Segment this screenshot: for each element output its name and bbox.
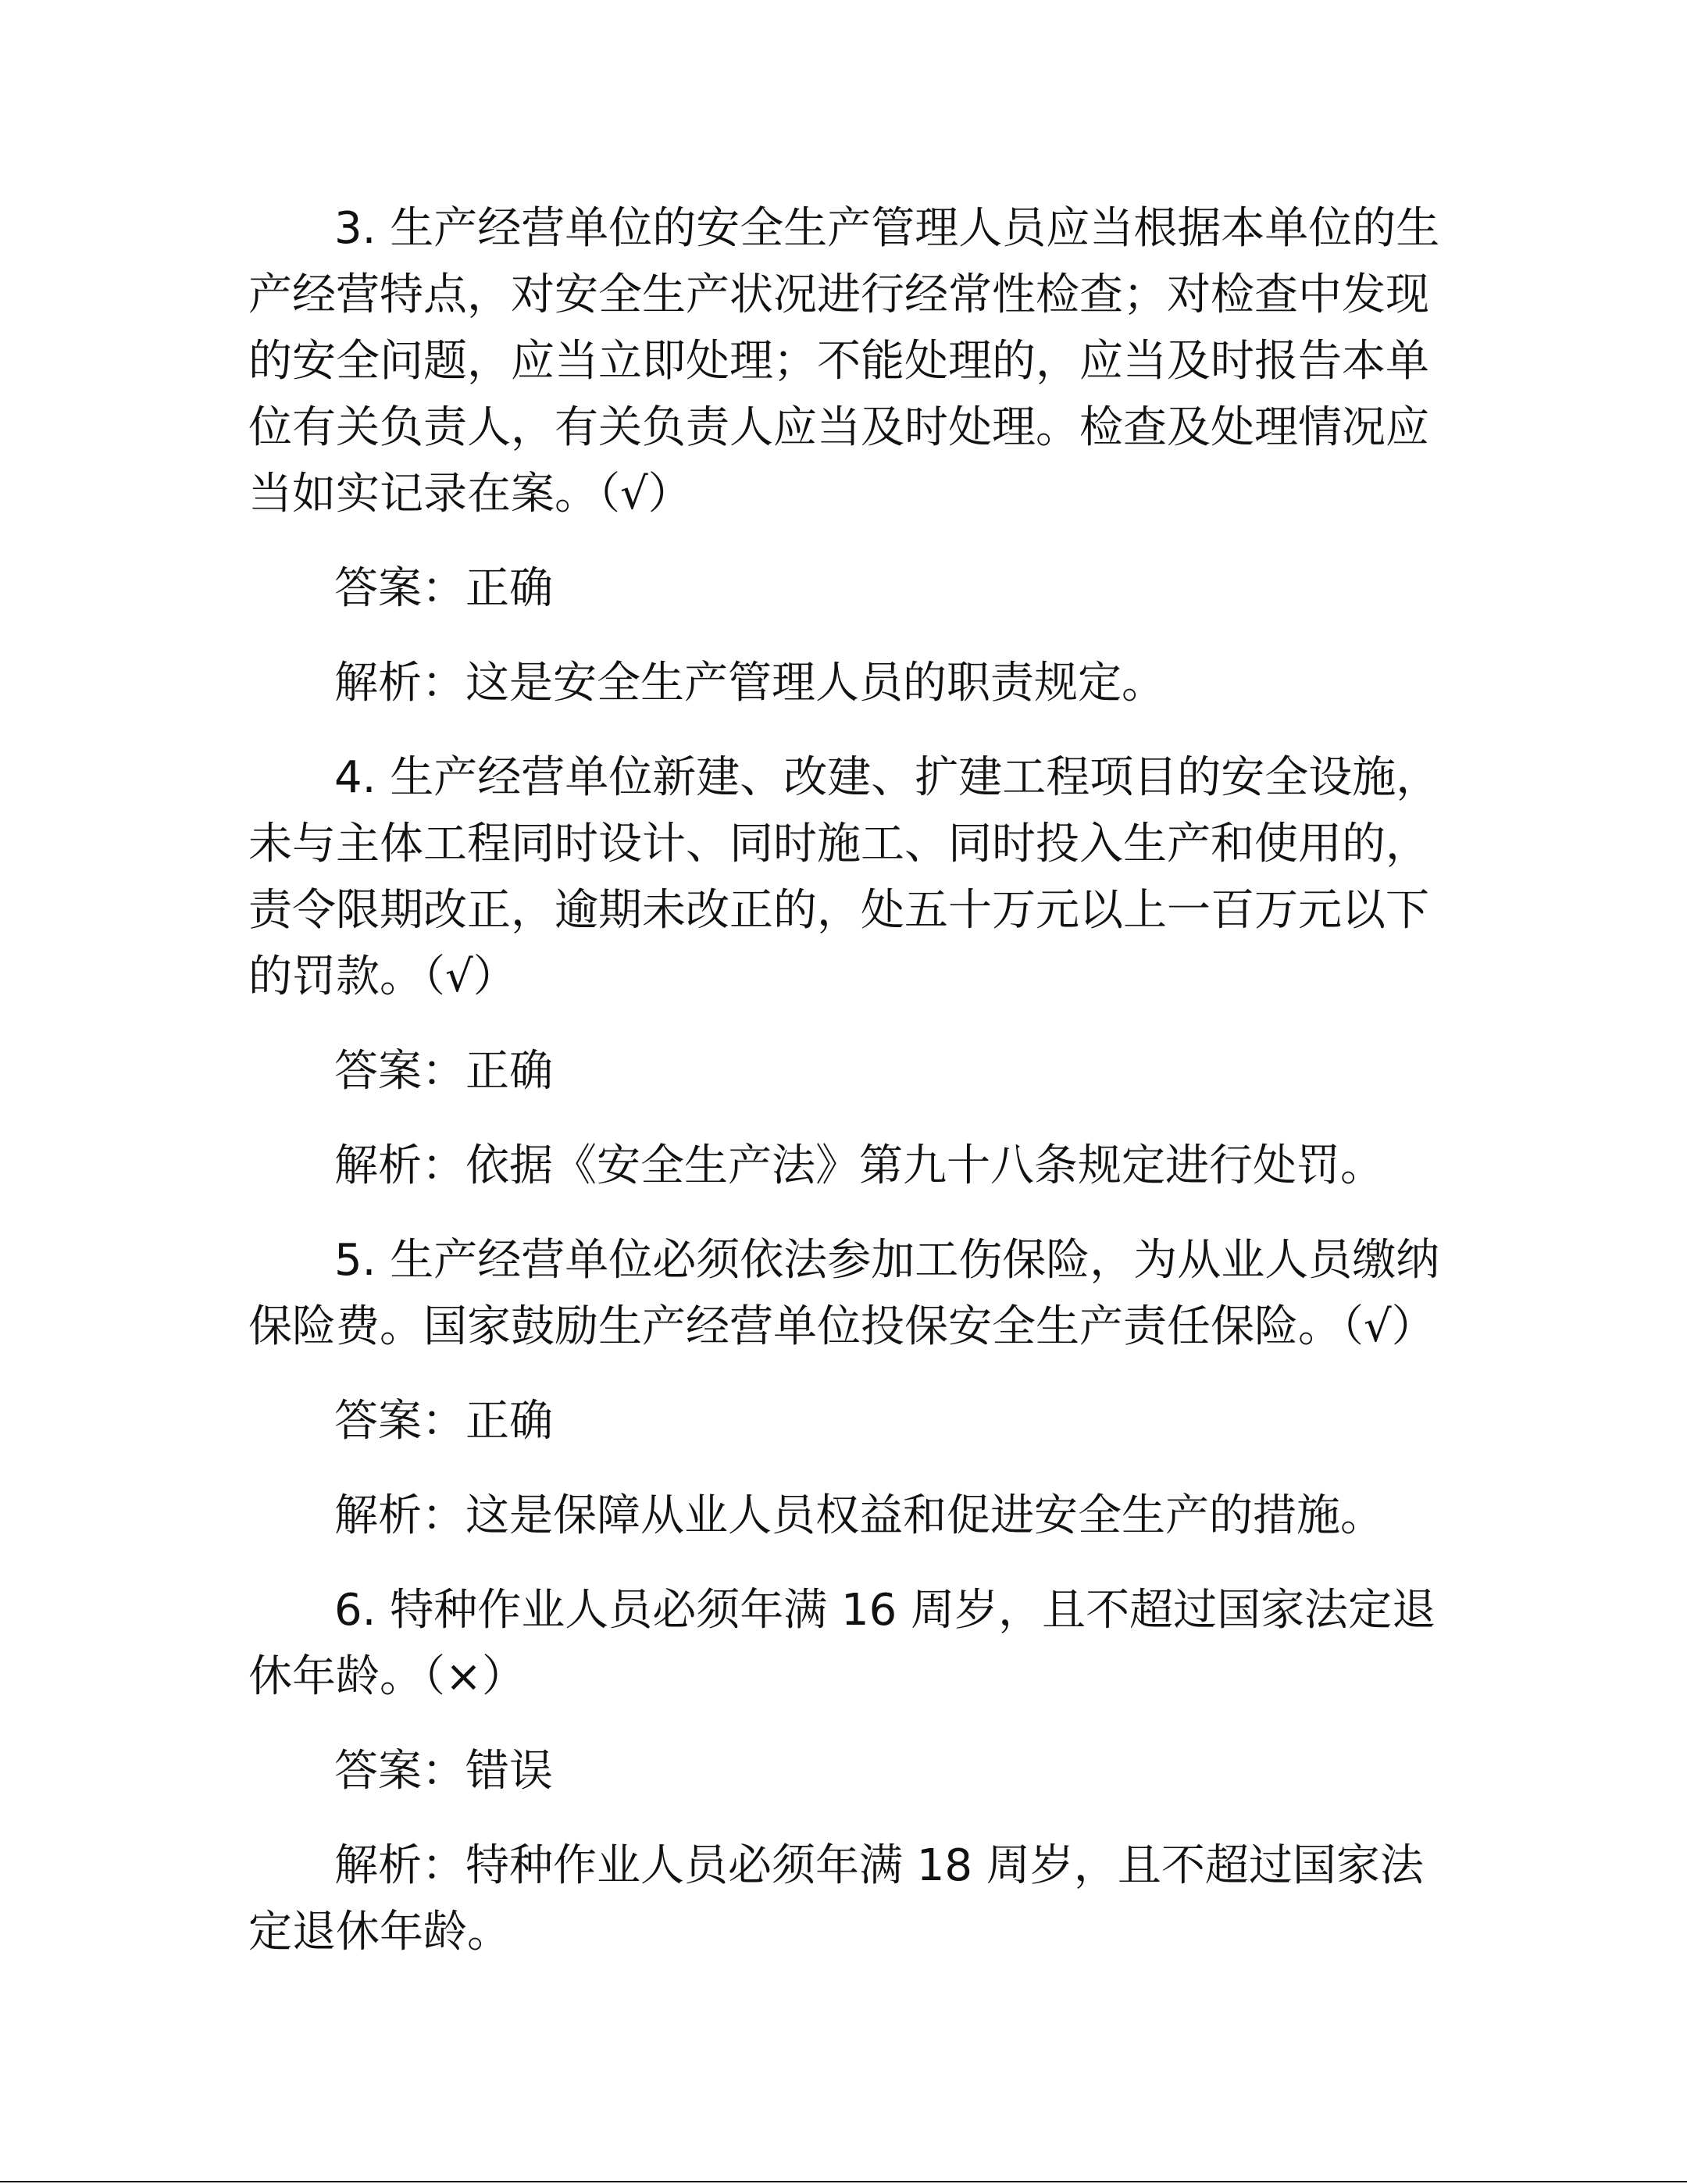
question-line: 位有关负责人，有关负责人应当及时处理。检查及处理情况应 [248, 394, 1436, 461]
bottom-divider [0, 2181, 1687, 2182]
question-4: 4. 生产经营单位新建、改建、扩建工程项目的安全设施， 未与主体工程同时设计、同… [248, 744, 1436, 1010]
question-line: 5. 生产经营单位必须依法参加工伤保险，为从业人员缴纳 [248, 1227, 1436, 1294]
analysis-text: 解析：依据《安全生产法》第九十八条规定进行处罚。 [248, 1133, 1436, 1199]
answer-6: 答案：错误 [248, 1738, 1436, 1804]
question-line: 的罚款。（√） [248, 944, 1436, 1010]
question-line: 6. 特种作业人员必须年满 16 周岁，且不超过国家法定退 [248, 1577, 1436, 1643]
analysis-text: 解析：特种作业人员必须年满 18 周岁，且不超过国家法 [248, 1832, 1436, 1899]
question-line: 3. 生产经营单位的安全生产管理人员应当根据本单位的生 [248, 195, 1436, 262]
question-line: 责令限期改正，逾期未改正的，处五十万元以上一百万元以下 [248, 877, 1436, 944]
question-line: 4. 生产经营单位新建、改建、扩建工程项目的安全设施， [248, 744, 1436, 811]
answer-text: 答案：正确 [248, 1038, 1436, 1104]
answer-4: 答案：正确 [248, 1038, 1436, 1104]
answer-text: 答案：错误 [248, 1738, 1436, 1804]
question-line: 当如实记录在案。（√） [248, 461, 1436, 527]
analysis-text: 解析：这是安全生产管理人员的职责规定。 [248, 650, 1436, 716]
analysis-4: 解析：依据《安全生产法》第九十八条规定进行处罚。 [248, 1133, 1436, 1199]
question-6: 6. 特种作业人员必须年满 16 周岁，且不超过国家法定退 休年龄。（×） [248, 1577, 1436, 1710]
question-5: 5. 生产经营单位必须依法参加工伤保险，为从业人员缴纳 保险费。国家鼓励生产经营… [248, 1227, 1436, 1360]
analysis-6: 解析：特种作业人员必须年满 18 周岁，且不超过国家法 定退休年龄。 [248, 1832, 1436, 1965]
analysis-text: 解析：这是保障从业人员权益和促进安全生产的措施。 [248, 1483, 1436, 1549]
question-3: 3. 生产经营单位的安全生产管理人员应当根据本单位的生 产经营特点，对安全生产状… [248, 195, 1436, 527]
answer-text: 答案：正确 [248, 1388, 1436, 1454]
question-line: 未与主体工程同时设计、同时施工、同时投入生产和使用的， [248, 811, 1436, 877]
question-line: 保险费。国家鼓励生产经营单位投保安全生产责任保险。（√） [248, 1294, 1436, 1360]
question-line: 休年龄。（×） [248, 1643, 1436, 1710]
question-line: 的安全问题，应当立即处理；不能处理的，应当及时报告本单 [248, 328, 1436, 394]
document-page: 3. 生产经营单位的安全生产管理人员应当根据本单位的生 产经营特点，对安全生产状… [248, 195, 1436, 1993]
analysis-3: 解析：这是安全生产管理人员的职责规定。 [248, 650, 1436, 716]
answer-5: 答案：正确 [248, 1388, 1436, 1454]
answer-3: 答案：正确 [248, 555, 1436, 622]
analysis-5: 解析：这是保障从业人员权益和促进安全生产的措施。 [248, 1483, 1436, 1549]
answer-text: 答案：正确 [248, 555, 1436, 622]
analysis-text: 定退休年龄。 [248, 1899, 1436, 1965]
question-line: 产经营特点，对安全生产状况进行经常性检查；对检查中发现 [248, 262, 1436, 328]
